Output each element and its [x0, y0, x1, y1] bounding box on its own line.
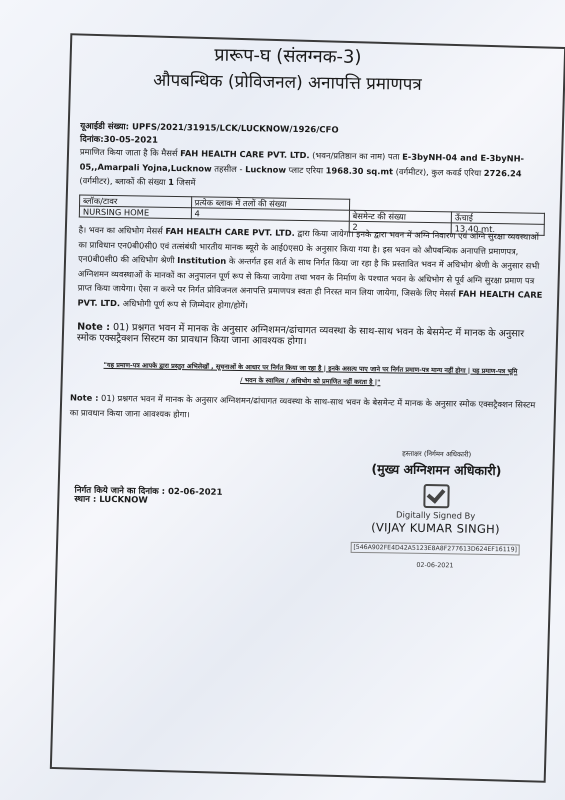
firm-name: FAH HEALTH CARE PVT. LTD.: [180, 148, 310, 160]
note-text: 01) प्रश्नगत भवन में मानक के अनुसार अग्न…: [77, 322, 524, 347]
note-text: 01) प्रश्नगत भवन में मानक के अनुसार अग्न…: [70, 393, 536, 419]
intro-text: प्रमाणित किया जाता है कि मैसर्स: [80, 147, 180, 159]
signature-title: हस्ताक्षर (निर्गमन अधिकारी): [334, 448, 539, 460]
column-header: ऊँचाई: [451, 212, 544, 224]
disclaimer: "यह प्रमाण-पत्र आपके द्वारा प्रस्तुत अभि…: [76, 358, 544, 391]
note-2: Note : 01) प्रश्नगत भवन में मानक के अनुस…: [70, 390, 544, 427]
body-text: है। भवन का अधिभोग मेसर्स: [79, 225, 166, 236]
uid-label: यूआईडी संख्या:: [80, 122, 129, 133]
tehsil: Lucknow: [245, 164, 286, 175]
checkmark-icon: [423, 484, 449, 508]
body-text: अधिभोगी पूर्ण रूप से जिम्मेदार होगा/होगे…: [120, 298, 248, 310]
issue-place-label: स्थान :: [74, 494, 99, 504]
signer-name: (VIJAY KUMAR SINGH): [333, 520, 538, 537]
note-1: Note : 01) प्रश्नगत भवन में मानक के अनुस…: [77, 321, 545, 350]
issue-place-value: LUCKNOW: [99, 495, 148, 506]
intro-text: तहसील -: [212, 163, 246, 174]
intro-text: (वर्गमीटर), कुल कवर्ड एरिया: [393, 166, 484, 177]
covered-area: 2726.24: [484, 167, 522, 178]
intro-text: (वर्गमीटर), ब्लाकों की संख्या: [79, 176, 168, 187]
issue-details: निर्गत किये जाने का दिनांक : 02-06-2021 …: [74, 486, 222, 506]
issue-date-value: 02-06-2021: [168, 487, 223, 498]
officer-role: (मुख्य अग्निशमन अधिकारी): [334, 460, 539, 480]
firm-name: FAH HEALTH CARE PVT. LTD.: [165, 226, 295, 238]
uid-value: UPFS/2021/31915/LCK/LUCKNOW/1926/CFO: [132, 122, 339, 135]
note-label: Note :: [77, 321, 110, 333]
note-label: Note :: [70, 392, 99, 402]
signature-block: हस्ताक्षर (निर्गमन अधिकारी) (मुख्य अग्नि…: [332, 448, 539, 571]
signature-hash: [546A902FE4D42A5123E8A8F277613D624EF1611…: [350, 542, 520, 556]
signature-date: 02-06-2021: [332, 560, 537, 571]
plot-area: 1968.30 sq.mt: [326, 165, 393, 176]
certificate-sheet: प्रारूप-घ (संलग्नक-3) औपबन्धिक (प्रोविजन…: [0, 0, 565, 800]
intro-text: प्लाट एरिया: [286, 164, 326, 175]
intro-text: (भवन/प्रतिष्ठान का नाम) पता: [310, 150, 403, 161]
occupancy-category: Institution: [177, 255, 226, 266]
intro-text: जिसमें: [174, 177, 196, 187]
column-header: बेसमेन्ट की संख्या: [349, 210, 451, 223]
body-paragraph: है। भवन का अधिभोग मेसर्स FAH HEALTH CARE…: [77, 223, 546, 317]
intro-paragraph: प्रमाणित किया जाता है कि मैसर्स FAH HEAL…: [79, 145, 548, 196]
date-label: दिनांक:: [80, 135, 104, 145]
